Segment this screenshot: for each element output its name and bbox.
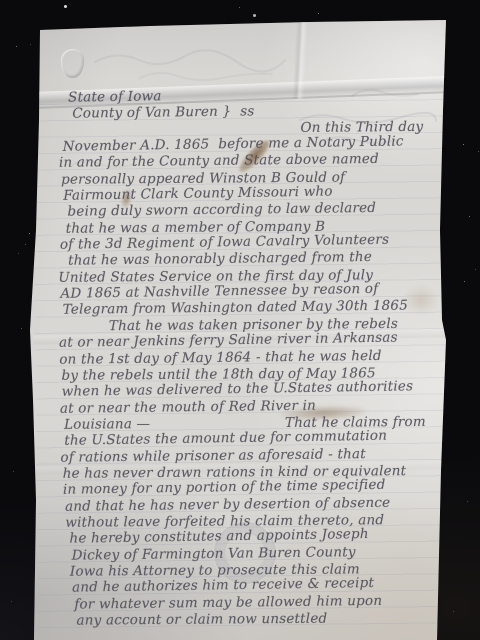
document-paper: State of IowaCounty of Van Buren } ssOn …: [0, 0, 480, 640]
handwritten-text: State of IowaCounty of Van Buren } ssOn …: [56, 85, 455, 629]
page-content: State of IowaCounty of Van Buren } ssOn …: [0, 0, 480, 640]
handwritten-line: any account or claim now unsettled: [76, 610, 454, 629]
dust-specks: [64, 5, 67, 8]
photo-background: State of IowaCounty of Van Buren } ssOn …: [0, 0, 480, 640]
